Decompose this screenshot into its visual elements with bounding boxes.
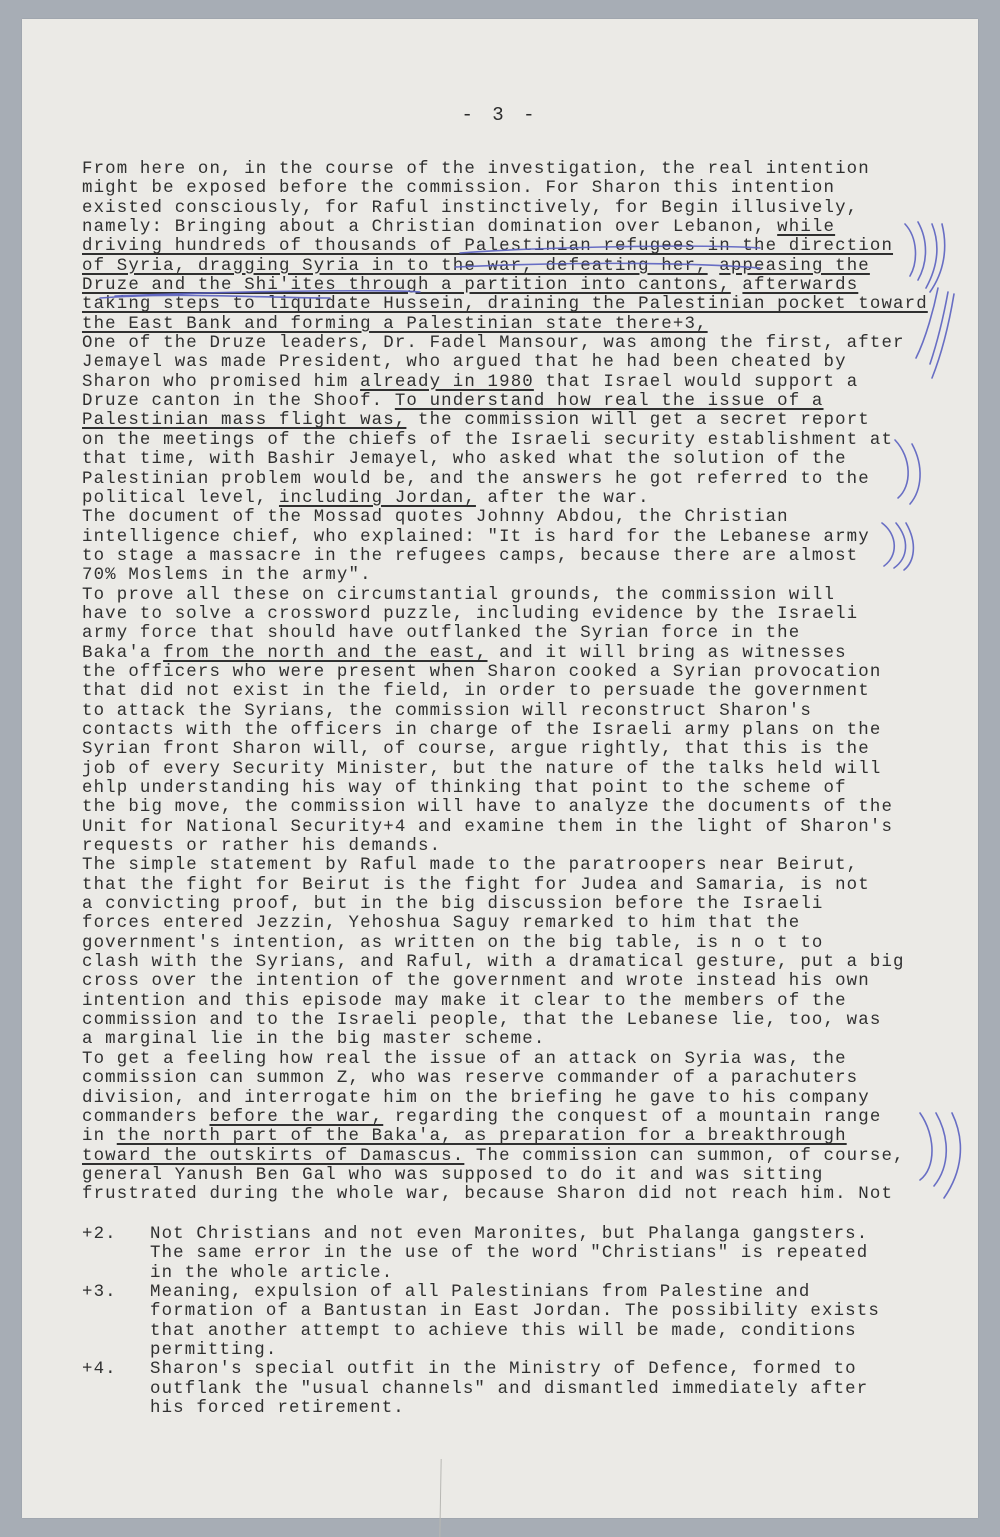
text-line: forces entered Jezzin, Yehoshua Saguy re… bbox=[82, 914, 928, 933]
text-line: that did not exist in the field, in orde… bbox=[82, 682, 928, 701]
text-segment: the commission will get a secret report bbox=[406, 411, 869, 430]
text-segment: commission and to the Israeli people, th… bbox=[82, 1011, 881, 1030]
text-segment: in bbox=[82, 1127, 117, 1146]
text-line: driving hundreds of thousands of Palesti… bbox=[82, 237, 928, 256]
text-segment: To prove all these on circumstantial gro… bbox=[82, 586, 835, 605]
text-line: Unit for National Security+4 and examine… bbox=[82, 818, 928, 837]
text-line: Palestinian problem would be, and the an… bbox=[82, 470, 928, 489]
footnote-line: +3.Meaning, expulsion of all Palestinian… bbox=[82, 1283, 880, 1302]
text-segment: clash with the Syrians, and Raful, with … bbox=[82, 953, 905, 972]
text-line: commission and to the Israeli people, th… bbox=[82, 1011, 928, 1030]
text-segment: Syrian front Sharon will, of course, arg… bbox=[82, 740, 870, 759]
text-segment: existed consciously, for Raful instincti… bbox=[82, 199, 858, 218]
text-line: to attack the Syrians, the commission wi… bbox=[82, 702, 928, 721]
footnote-line: +4.Sharon's special outfit in the Minist… bbox=[82, 1360, 880, 1379]
text-segment: army force that should have outflanked t… bbox=[82, 624, 800, 643]
text-segment: the officers who were present when Sharo… bbox=[82, 663, 881, 682]
text-line: To get a feeling how real the issue of a… bbox=[82, 1050, 928, 1069]
text-segment: ehlp understanding his way of thinking t… bbox=[82, 779, 847, 798]
footnotes: +2.Not Christians and not even Maronites… bbox=[82, 1225, 880, 1418]
text-segment: a marginal lie in the big master scheme. bbox=[82, 1030, 545, 1049]
underlined-text: taking steps to liquidate Hussein, drain… bbox=[82, 295, 928, 314]
underlined-text: To understand how real the issue of a bbox=[395, 392, 824, 411]
text-segment: commission can summon Z, who was reserve… bbox=[82, 1069, 858, 1088]
text-segment: Druze canton in the Shoof. bbox=[82, 392, 395, 411]
text-line: One of the Druze leaders, Dr. Fadel Mans… bbox=[82, 334, 928, 353]
text-segment: that did not exist in the field, in orde… bbox=[82, 682, 870, 701]
underlined-text: Druze and the Shi'ites through a partiti… bbox=[82, 276, 731, 295]
underlined-text: afterwards bbox=[742, 276, 858, 295]
footnote-line: permitting. bbox=[82, 1341, 880, 1360]
footnote-line: that another attempt to achieve this wil… bbox=[82, 1322, 880, 1341]
text-segment: contacts with the officers in charge of … bbox=[82, 721, 881, 740]
text-segment: that Israel would support a bbox=[534, 373, 858, 392]
text-line: requests or rather his demands. bbox=[82, 837, 928, 856]
footnote-text: outflank the "usual channels" and disman… bbox=[150, 1380, 868, 1399]
underlined-text: appeasing the bbox=[719, 257, 870, 276]
footnote-marker bbox=[82, 1264, 150, 1283]
text-line: that the fight for Beirut is the fight f… bbox=[82, 876, 928, 895]
text-line: taking steps to liquidate Hussein, drain… bbox=[82, 295, 928, 314]
footnote-marker bbox=[82, 1399, 150, 1418]
text-line: The simple statement by Raful made to th… bbox=[82, 856, 928, 875]
footnote-text: Meaning, expulsion of all Palestinians f… bbox=[150, 1283, 810, 1302]
text-segment: One of the Druze leaders, Dr. Fadel Mans… bbox=[82, 334, 905, 353]
text-line: of Syria, dragging Syria in to the war, … bbox=[82, 257, 928, 276]
text-segment: intelligence chief, who explained: "It i… bbox=[82, 528, 870, 547]
text-line: on the meetings of the chiefs of the Isr… bbox=[82, 431, 928, 450]
underlined-text: while bbox=[777, 218, 835, 237]
text-segment: The commission can summon, of course, bbox=[464, 1147, 904, 1166]
text-segment: to stage a massacre in the refugees camp… bbox=[82, 547, 858, 566]
text-line: a marginal lie in the big master scheme. bbox=[82, 1030, 928, 1049]
footnote-marker bbox=[82, 1302, 150, 1321]
text-segment: Jemayel was made President, who argued t… bbox=[82, 353, 847, 372]
underlined-text: already in 1980 bbox=[360, 373, 534, 392]
text-line: in the north part of the Baka'a, as prep… bbox=[82, 1127, 928, 1146]
footnote-line: outflank the "usual channels" and disman… bbox=[82, 1380, 880, 1399]
underlined-text: including Jordan, bbox=[279, 489, 476, 508]
footnote-text: The same error in the use of the word "C… bbox=[150, 1244, 868, 1263]
text-segment: commanders bbox=[82, 1108, 209, 1127]
text-segment: and it will bring as witnesses bbox=[488, 644, 847, 663]
footnote-marker: +3. bbox=[82, 1283, 150, 1302]
text-line: frustrated during the whole war, because… bbox=[82, 1185, 928, 1204]
footnote-text: his forced retirement. bbox=[150, 1399, 405, 1418]
footnote-marker bbox=[82, 1322, 150, 1341]
text-segment: Sharon who promised him bbox=[82, 373, 360, 392]
footnote-line: +2.Not Christians and not even Maronites… bbox=[82, 1225, 880, 1244]
text-segment: To get a feeling how real the issue of a… bbox=[82, 1050, 847, 1069]
footnote-marker bbox=[82, 1341, 150, 1360]
text-line: army force that should have outflanked t… bbox=[82, 624, 928, 643]
text-segment: 70% Moslems in the army". bbox=[82, 566, 372, 585]
text-line: division, and interrogate him on the bri… bbox=[82, 1089, 928, 1108]
text-segment: regarding the conquest of a mountain ran… bbox=[383, 1108, 881, 1127]
text-segment: government's intention, as written on th… bbox=[82, 934, 824, 953]
footnote-text: that another attempt to achieve this wil… bbox=[150, 1322, 857, 1341]
text-segment: job of every Security Minister, but the … bbox=[82, 760, 881, 779]
underlined-text: driving hundreds of thousands of Palesti… bbox=[82, 237, 893, 256]
text-segment: division, and interrogate him on the bri… bbox=[82, 1089, 870, 1108]
underlined-text: Palestinian mass flight was, bbox=[82, 411, 406, 430]
body-text: From here on, in the course of the inves… bbox=[82, 160, 928, 1205]
text-line: job of every Security Minister, but the … bbox=[82, 760, 928, 779]
text-line: government's intention, as written on th… bbox=[82, 934, 928, 953]
text-segment: cross over the intention of the governme… bbox=[82, 972, 870, 991]
text-segment: frustrated during the whole war, because… bbox=[82, 1185, 893, 1204]
text-line: Baka'a from the north and the east, and … bbox=[82, 644, 928, 663]
text-line: intelligence chief, who explained: "It i… bbox=[82, 528, 928, 547]
text-line: toward the outskirts of Damascus. The co… bbox=[82, 1147, 928, 1166]
underlined-text: the north part of the Baka'a, as prepara… bbox=[117, 1127, 847, 1146]
text-line: might be exposed before the commission. … bbox=[82, 179, 928, 198]
text-line: political level, including Jordan, after… bbox=[82, 489, 928, 508]
footnote-text: permitting. bbox=[150, 1341, 277, 1360]
underlined-text: the East Bank and forming a Palestinian … bbox=[82, 315, 708, 334]
footnote-text: Not Christians and not even Maronites, b… bbox=[150, 1225, 868, 1244]
text-line: Sharon who promised him already in 1980 … bbox=[82, 373, 928, 392]
text-segment bbox=[708, 257, 720, 276]
text-line: clash with the Syrians, and Raful, with … bbox=[82, 953, 928, 972]
text-segment: the big move, the commission will have t… bbox=[82, 798, 893, 817]
footnote-line: in the whole article. bbox=[82, 1264, 880, 1283]
text-line: namely: Bringing about a Christian domin… bbox=[82, 218, 928, 237]
text-segment: From here on, in the course of the inves… bbox=[82, 160, 870, 179]
text-segment: Palestinian problem would be, and the an… bbox=[82, 470, 870, 489]
text-line: From here on, in the course of the inves… bbox=[82, 160, 928, 179]
text-line: cross over the intention of the governme… bbox=[82, 972, 928, 991]
text-segment: to attack the Syrians, the commission wi… bbox=[82, 702, 812, 721]
underlined-text: toward the outskirts of Damascus. bbox=[82, 1147, 464, 1166]
footnote-line: formation of a Bantustan in East Jordan.… bbox=[82, 1302, 880, 1321]
footnote-text: formation of a Bantustan in East Jordan.… bbox=[150, 1302, 880, 1321]
footnote-marker bbox=[82, 1380, 150, 1399]
text-line: general Yanush Ben Gal who was supposed … bbox=[82, 1166, 928, 1185]
text-line: that time, with Bashir Jemayel, who aske… bbox=[82, 450, 928, 469]
text-line: the big move, the commission will have t… bbox=[82, 798, 928, 817]
paper-crease bbox=[439, 1459, 441, 1537]
text-segment: The document of the Mossad quotes Johnny… bbox=[82, 508, 789, 527]
footnote-marker: +2. bbox=[82, 1225, 150, 1244]
footnote-marker bbox=[82, 1244, 150, 1263]
footnote-marker: +4. bbox=[82, 1360, 150, 1379]
text-line: the East Bank and forming a Palestinian … bbox=[82, 315, 928, 334]
text-line: Jemayel was made President, who argued t… bbox=[82, 353, 928, 372]
text-segment: a convicting proof, but in the big discu… bbox=[82, 895, 824, 914]
text-segment: on the meetings of the chiefs of the Isr… bbox=[82, 431, 893, 450]
footnote-line: The same error in the use of the word "C… bbox=[82, 1244, 880, 1263]
text-line: intention and this episode may make it c… bbox=[82, 992, 928, 1011]
page-number: - 3 - bbox=[0, 104, 1000, 126]
text-segment: The simple statement by Raful made to th… bbox=[82, 856, 858, 875]
text-segment: intention and this episode may make it c… bbox=[82, 992, 847, 1011]
footnote-line: his forced retirement. bbox=[82, 1399, 880, 1418]
text-line: the officers who were present when Sharo… bbox=[82, 663, 928, 682]
underlined-text: before the war, bbox=[209, 1108, 383, 1127]
text-line: The document of the Mossad quotes Johnny… bbox=[82, 508, 928, 527]
text-segment: general Yanush Ben Gal who was supposed … bbox=[82, 1166, 824, 1185]
text-segment: Baka'a bbox=[82, 644, 163, 663]
text-segment: after the war. bbox=[476, 489, 650, 508]
text-line: ehlp understanding his way of thinking t… bbox=[82, 779, 928, 798]
text-segment: that the fight for Beirut is the fight f… bbox=[82, 876, 870, 895]
text-line: commanders before the war, regarding the… bbox=[82, 1108, 928, 1127]
text-line: Palestinian mass flight was, the commiss… bbox=[82, 411, 928, 430]
text-segment: might be exposed before the commission. … bbox=[82, 179, 835, 198]
text-line: have to solve a crossword puzzle, includ… bbox=[82, 605, 928, 624]
text-line: To prove all these on circumstantial gro… bbox=[82, 586, 928, 605]
text-segment bbox=[731, 276, 743, 295]
text-segment: have to solve a crossword puzzle, includ… bbox=[82, 605, 858, 624]
text-line: to stage a massacre in the refugees camp… bbox=[82, 547, 928, 566]
underlined-text: from the north and the east, bbox=[163, 644, 487, 663]
text-line: existed consciously, for Raful instincti… bbox=[82, 199, 928, 218]
text-line: 70% Moslems in the army". bbox=[82, 566, 928, 585]
footnote-text: in the whole article. bbox=[150, 1264, 393, 1283]
text-segment: forces entered Jezzin, Yehoshua Saguy re… bbox=[82, 914, 800, 933]
text-line: a convicting proof, but in the big discu… bbox=[82, 895, 928, 914]
text-line: Druze canton in the Shoof. To understand… bbox=[82, 392, 928, 411]
text-line: Druze and the Shi'ites through a partiti… bbox=[82, 276, 928, 295]
text-line: commission can summon Z, who was reserve… bbox=[82, 1069, 928, 1088]
text-segment: namely: Bringing about a Christian domin… bbox=[82, 218, 777, 237]
text-segment: that time, with Bashir Jemayel, who aske… bbox=[82, 450, 847, 469]
underlined-text: of Syria, dragging Syria in to the war, … bbox=[82, 257, 708, 276]
text-segment: requests or rather his demands. bbox=[82, 837, 441, 856]
text-segment: political level, bbox=[82, 489, 279, 508]
text-line: Syrian front Sharon will, of course, arg… bbox=[82, 740, 928, 759]
footnote-text: Sharon's special outfit in the Ministry … bbox=[150, 1360, 857, 1379]
text-segment: Unit for National Security+4 and examine… bbox=[82, 818, 893, 837]
text-line: contacts with the officers in charge of … bbox=[82, 721, 928, 740]
